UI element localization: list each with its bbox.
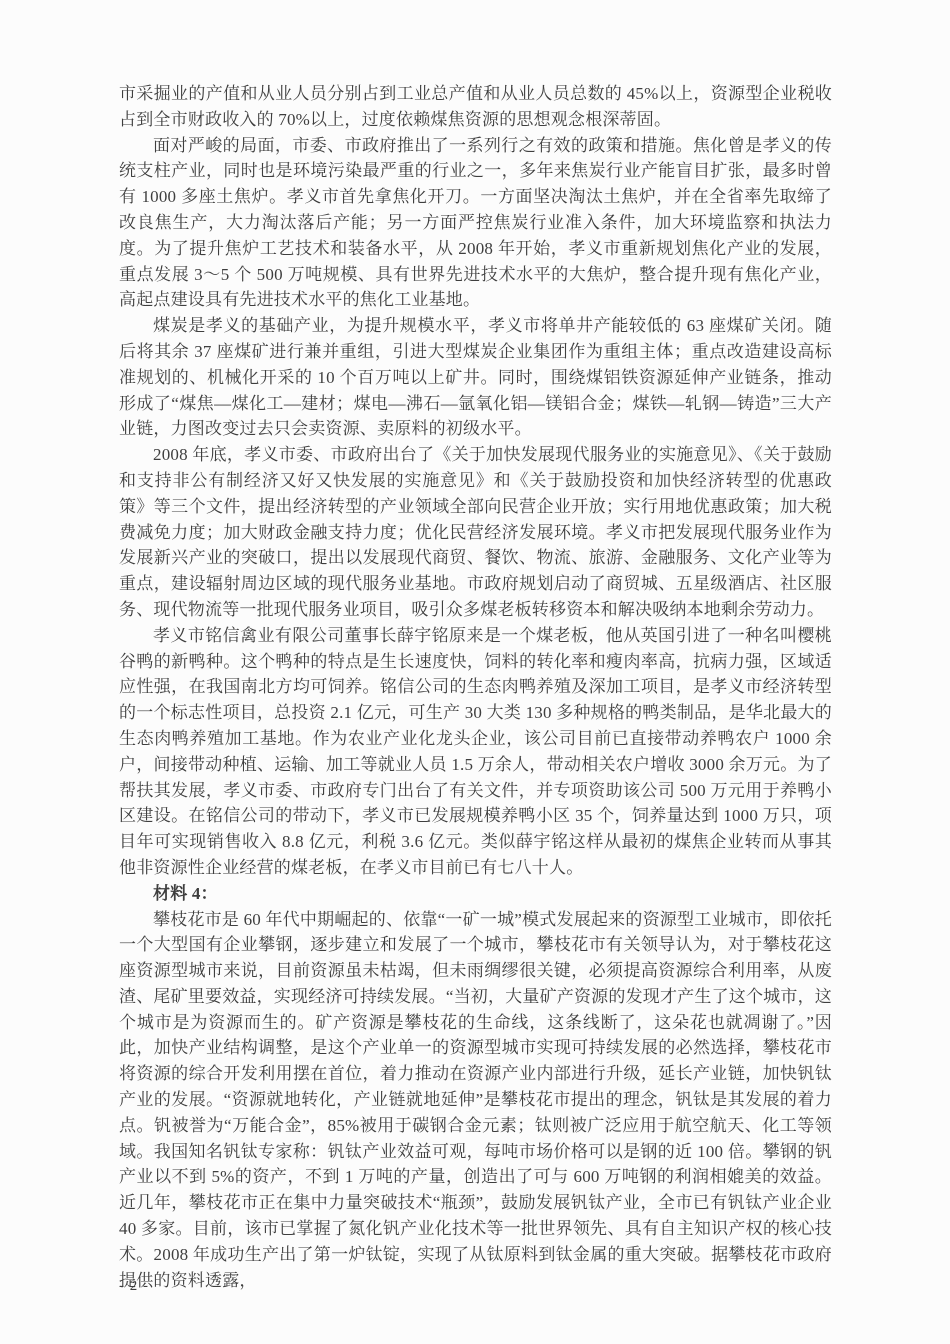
paragraph-mingxin-duck-company: 孝义市铭信禽业有限公司董事长薛宇铭原来是一个煤老板，他从英国引进了一种名叫樱桃谷…	[119, 623, 832, 881]
document-page: 市采掘业的产值和从业人员分别占到工业总产值和从业人员总数的 45%以上，资源型企…	[0, 0, 950, 1344]
paragraph-2008-documents: 2008 年底，孝义市委、市政府出台了《关于加快发展现代服务业的实施意见》、《关…	[119, 442, 832, 623]
document-body-text: 市采掘业的产值和从业人员分别占到工业总产值和从业人员总数的 45%以上，资源型企…	[119, 81, 832, 1293]
paragraph-continuation: 市采掘业的产值和从业人员分别占到工业总产值和从业人员总数的 45%以上，资源型企…	[119, 81, 832, 133]
paragraph-policy-measures: 面对严峻的局面，市委、市政府推出了一系列行之有效的政策和措施。焦化曾是孝义的传统…	[119, 133, 832, 314]
material-4-heading: 材料 4：	[119, 881, 832, 907]
page-number: - 2 -	[119, 1278, 149, 1295]
paragraph-coal-industry: 煤炭是孝义的基础产业，为提升规模水平，孝义市将单井产能较低的 63 座煤矿关闭。…	[119, 313, 832, 442]
paragraph-panzhihua-city: 攀枝花市是 60 年代中期崛起的、依靠“一矿一城”模式发展起来的资源型工业城市，…	[119, 907, 832, 1294]
